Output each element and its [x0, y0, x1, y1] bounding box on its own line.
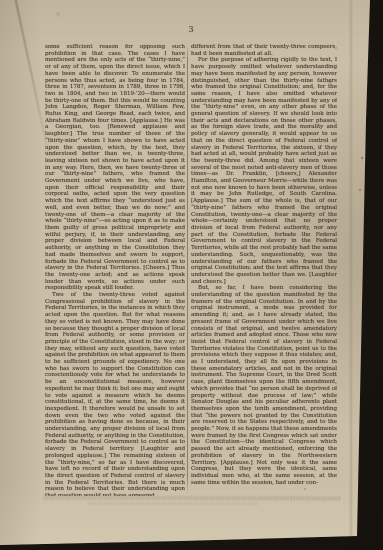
- ghost-text-line: [44, 496, 340, 501]
- paragraph: For the purpose of adhering rigidly to t…: [191, 57, 337, 285]
- paper-fold: [350, 0, 352, 538]
- document-page: 3 some sufficient reason for opposing su…: [0, 0, 383, 550]
- right-column: different from that of their twenty-thre…: [191, 44, 337, 496]
- paragraph: But, so far, I have been considering the…: [191, 285, 337, 486]
- paragraph: different from that of their twenty-thre…: [191, 44, 337, 57]
- paragraph: some sufficient reason for opposing such…: [45, 44, 185, 292]
- column-rule: [187, 45, 188, 494]
- left-column: some sufficient reason for opposing such…: [45, 44, 185, 496]
- text-columns: some sufficient reason for opposing such…: [45, 44, 337, 496]
- scan-backdrop: 3 some sufficient reason for opposing su…: [0, 0, 383, 550]
- paragraph: Two of the twenty-three voted against Co…: [45, 292, 185, 496]
- page-number: 3: [45, 25, 337, 34]
- ghost-text-line: [88, 502, 258, 505]
